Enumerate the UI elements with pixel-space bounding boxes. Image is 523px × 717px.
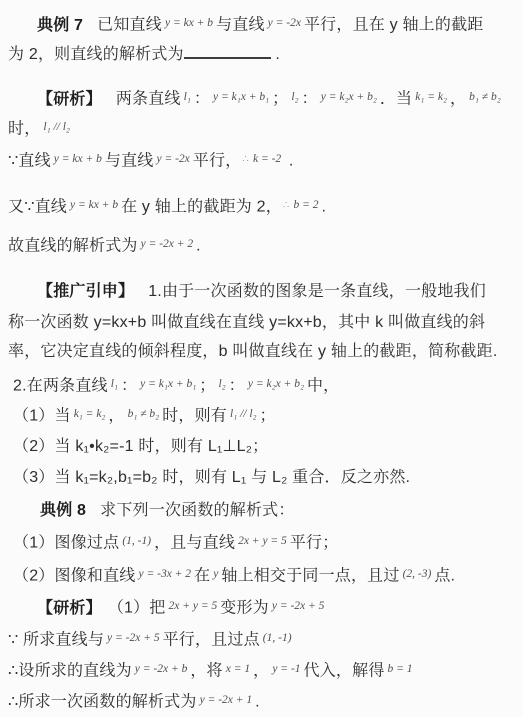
text-run: （1）把 (116, 600, 166, 617)
math-expression: 2x + y = 5 (238, 535, 287, 547)
math-expression: y = -1 (272, 663, 300, 675)
text-run: 变形为 (220, 600, 269, 617)
text-line-two-lines: 2.在两条直线l₁：y = k₁x + b₁；l₂：y = k₂x + b₂中， (13, 375, 339, 396)
text-run: ： (229, 378, 245, 395)
text-run: 与直线 (105, 153, 154, 170)
math-expression: y = -3x + 2 (139, 568, 192, 580)
math-expression: b = 1 (388, 663, 413, 675)
text-run: ； (272, 91, 288, 108)
text-run: 在 y 轴上的截距为 2， (121, 199, 282, 216)
text-run: 2.在两条直线 (13, 378, 108, 395)
math-expression: (1, -1) (122, 535, 151, 547)
math-expression: 2x + y = 5 (169, 600, 218, 612)
math-expression: y = k₁x + b₁ (213, 91, 269, 103)
math-expression: (1, -1) (263, 632, 292, 644)
text-line-example8-q2: （2）图像和直线y = -3x + 2在y轴上相交于同一点，且过(2, -3)点… (13, 565, 455, 586)
math-expression: y = -2x + b (135, 663, 188, 675)
heading-label: 【研析】 (37, 600, 102, 617)
text-line-conclusion8: ∴所求一次函数的解析式为y = -2x + 1. (8, 691, 260, 712)
heading-label: 典例 8 (40, 502, 86, 519)
text-run: ， (450, 91, 466, 108)
text-line-case1: （1）当k₁ = k₂，b₁ ≠ b₂时，则有l₁ // l₂； (13, 405, 276, 426)
text-run: （2）当 k₁•k₂=-1 时，则有 L₁⊥L₂； (13, 438, 268, 455)
answer-blank (184, 44, 271, 59)
text-run: 又∵直线 (8, 199, 67, 216)
text-line-because-parallel: ∵直线y = kx + b与直线y = -2x平行，∴k = -2 . (8, 150, 293, 171)
math-expression: l₁ (111, 378, 118, 390)
text-line-example8-title: 典例 8求下列一次函数的解析式： (40, 501, 295, 520)
text-line-parallel-condition: 时，l₁ // l₂ (8, 118, 73, 139)
text-run: 故直线的解析式为 (8, 238, 138, 255)
text-run: 率，它决定直线的倾斜程度，b 叫做直线在 y 轴上的截距，简称截距. (8, 343, 497, 360)
text-run: . (322, 199, 327, 216)
text-run: 轴上相交于同一点，且过 (221, 568, 399, 585)
text-run: ∵ 所求直线与 (8, 632, 104, 649)
text-run: 两条直线 (116, 91, 181, 108)
text-run: 在 (194, 568, 210, 585)
math-expression: l₂ (291, 91, 298, 103)
document-page: 典例 7已知直线y = kx + b与直线y = -2x平行，且在 y 轴上的截… (0, 0, 523, 717)
text-run: 求下列一次函数的解析式： (100, 502, 294, 519)
heading-label: 典例 7 (37, 17, 83, 34)
math-expression: x = 1 (226, 663, 250, 675)
text-run: ．当 (380, 91, 412, 108)
therefore-symbol: ∴ (242, 154, 249, 165)
math-expression: (2, -3) (403, 568, 432, 580)
text-run: 平行，且在 y 轴上的截距 (304, 17, 484, 34)
math-expression: k = -2 (253, 153, 281, 165)
text-run: ，将 (190, 663, 222, 680)
math-expression: y = k₁x + b₁ (140, 378, 196, 390)
math-expression: y = k₂x + b₂ (248, 378, 304, 390)
math-expression: l₁ (184, 91, 191, 103)
text-line-extension-header: 【推广引申】1.由于一次函数的图象是一条直线，一般地我们 (37, 282, 486, 301)
heading-label: 【推广引申】 (37, 283, 134, 300)
text-line-conclusion7: 故直线的解析式为y = -2x + 2. (8, 235, 201, 256)
text-run: （1）图像过点 (13, 535, 119, 552)
text-line-analysis-header: 【研析】两条直线l₁：y = k₁x + b₁；l₂：y = k₂x + b₂．… (37, 88, 504, 109)
text-run: 称一次函数 y=kx+b 叫做直线在直线 y=kx+b，其中 k 叫做直线的斜 (8, 314, 485, 331)
math-expression: y = -2x + 5 (107, 632, 160, 644)
math-expression: y = -2x + 1 (200, 694, 253, 706)
text-run: 代入，解得 (304, 663, 385, 680)
math-expression: l₁ // l₂ (43, 121, 70, 133)
text-line-extension-body1: 称一次函数 y=kx+b 叫做直线在直线 y=kx+b，其中 k 叫做直线的斜 (8, 313, 485, 332)
text-line-analysis8-header: 【研析】（1）把2x + y = 5变形为y = -2x + 5 (37, 597, 327, 618)
text-line-because8: ∵ 所求直线与y = -2x + 5平行，且过点(1, -1) (8, 629, 295, 650)
text-run: ，且与直线 (154, 535, 235, 552)
text-line-case2: （2）当 k₁•k₂=-1 时，则有 L₁⊥L₂； (13, 437, 268, 456)
math-expression: l₁ // l₂ (230, 408, 257, 420)
text-run: ； (260, 408, 276, 425)
text-run: . (271, 46, 280, 63)
math-expression: l₂ (218, 378, 225, 390)
text-run: 平行； (290, 535, 339, 552)
math-expression: y = kx + b (70, 199, 118, 211)
math-expression: k₁ = k₂ (415, 91, 447, 103)
text-run: 时， (8, 121, 40, 138)
text-run: . (284, 153, 293, 170)
therefore-symbol: ∴ (283, 200, 290, 211)
math-expression: y = -2x + 2 (141, 238, 194, 250)
math-expression: y (213, 568, 218, 580)
text-run: ， (108, 408, 124, 425)
text-run: 点. (434, 568, 455, 585)
math-expression: y = -2x + 5 (272, 600, 325, 612)
math-expression: b = 2 (293, 199, 318, 211)
math-expression: y = -2x (156, 153, 189, 165)
text-run: ∵直线 (8, 153, 51, 170)
math-expression: k₁ = k₂ (74, 408, 106, 420)
text-run: 1.由于一次函数的图象是一条直线，一般地我们 (148, 283, 486, 300)
text-line-example8-q1: （1）图像过点(1, -1)，且与直线2x + y = 5平行； (13, 532, 338, 553)
text-run: 为 2，则直线的解析式为 (8, 46, 184, 63)
text-line-intercept: 又∵直线y = kx + b在 y 轴上的截距为 2，∴b = 2. (8, 196, 326, 217)
text-run: ∴设所求的直线为 (8, 663, 132, 680)
text-run: 平行， (193, 153, 242, 170)
math-expression: y = -2x (268, 17, 301, 29)
heading-label: 【研析】 (37, 91, 102, 108)
text-run: 平行，且过点 (163, 632, 260, 649)
text-run: （1）当 (13, 408, 71, 425)
text-run: ； (199, 378, 215, 395)
math-expression: y = kx + b (165, 17, 213, 29)
text-run: ： (121, 378, 137, 395)
text-run: . (255, 694, 260, 711)
text-run: （3）当 k₁=k₂,b₁=b₂ 时，则有 L₁ 与 L₂ 重合．反之亦然. (13, 469, 410, 486)
text-run: ， (253, 663, 269, 680)
text-run: （2）图像和直线 (13, 568, 136, 585)
text-line-example7-question: 为 2，则直线的解析式为 . (8, 44, 280, 64)
text-line-example7-title: 典例 7已知直线y = kx + b与直线y = -2x平行，且在 y 轴上的截… (37, 14, 483, 35)
text-run: 时，则有 (162, 408, 227, 425)
text-run: ： (302, 91, 318, 108)
text-run: ： (194, 91, 210, 108)
text-line-case3: （3）当 k₁=k₂,b₁=b₂ 时，则有 L₁ 与 L₂ 重合．反之亦然. (13, 468, 410, 487)
math-expression: b₁ ≠ b₂ (469, 91, 501, 103)
math-expression: b₁ ≠ b₂ (128, 408, 160, 420)
text-run: ∴所求一次函数的解析式为 (8, 694, 197, 711)
text-run: 与直线 (216, 17, 265, 34)
text-run: 已知直线 (97, 17, 162, 34)
text-run: . (196, 238, 201, 255)
math-expression: y = kx + b (54, 153, 102, 165)
math-expression: y = k₂x + b₂ (321, 91, 377, 103)
text-line-extension-body2: 率，它决定直线的倾斜程度，b 叫做直线在 y 轴上的截距，简称截距. (8, 342, 497, 361)
text-line-substitute: ∴设所求的直线为y = -2x + b，将x = 1，y = -1代入，解得b … (8, 660, 416, 681)
text-run: 中， (307, 378, 339, 395)
